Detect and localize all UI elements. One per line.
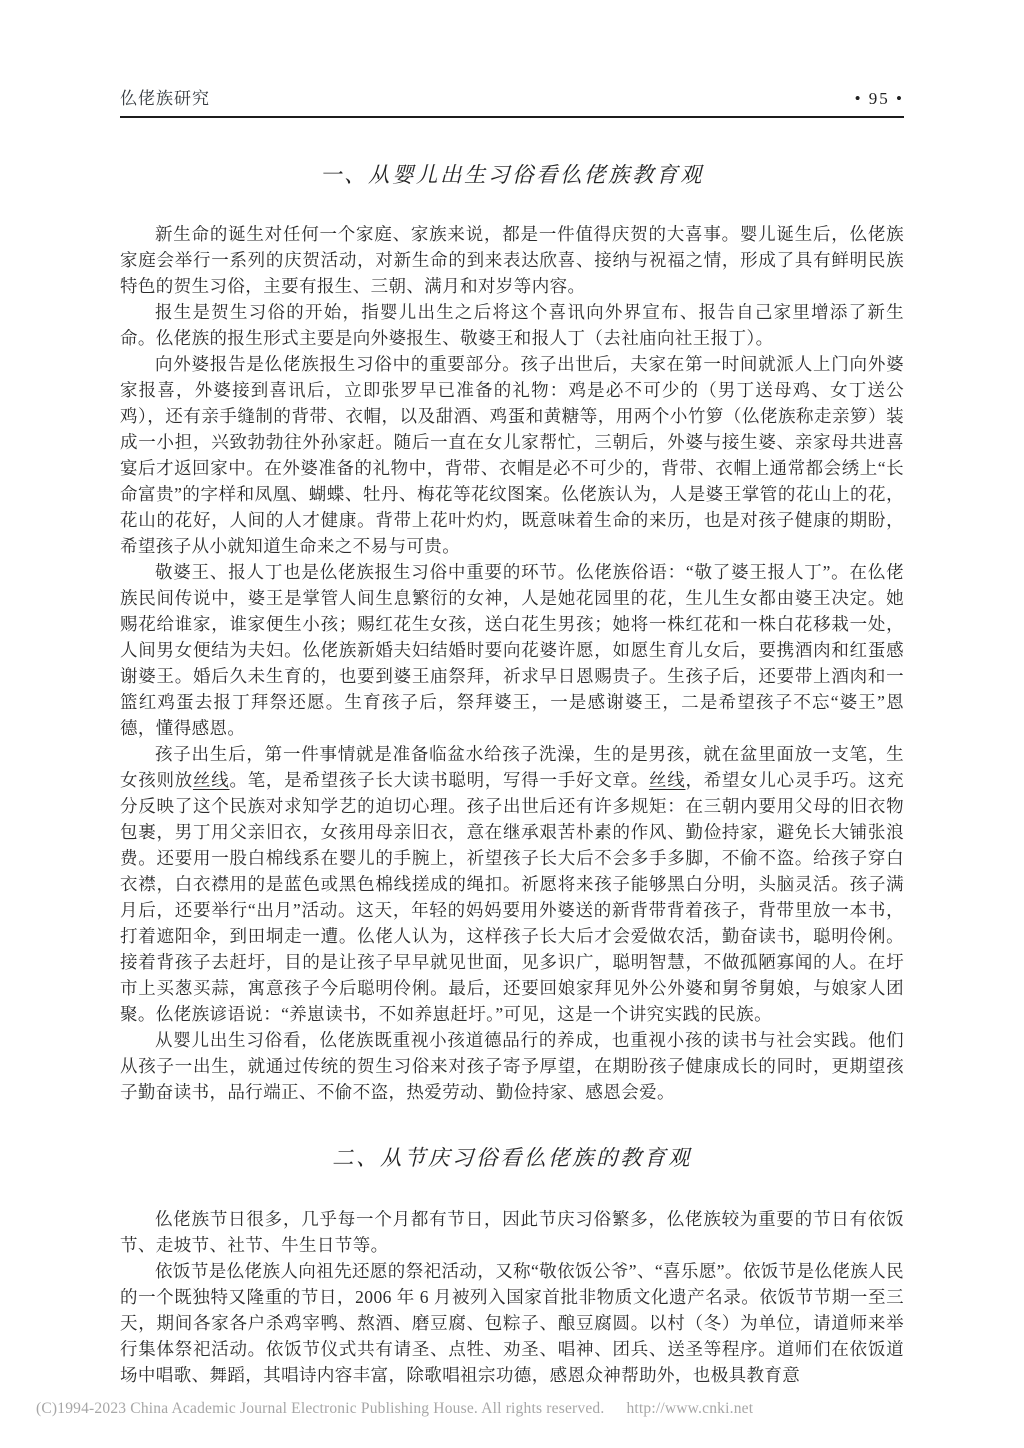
document-page: 仫佬族研究 • 95 • 一、从婴儿出生习俗看仫佬族教育观 新生命的诞生对任何一… (0, 0, 1024, 1448)
body-paragraph: 依饭节是仫佬族人向祖先还愿的祭祀活动，又称“敬依饭公爷”、“喜乐愿”。依饭节是仫… (120, 1258, 904, 1388)
page-content: 仫佬族研究 • 95 • 一、从婴儿出生习俗看仫佬族教育观 新生命的诞生对任何一… (120, 0, 904, 1388)
section-1-body: 新生命的诞生对任何一个家庭、家族来说，都是一件值得庆贺的大喜事。婴儿诞生后，仫佬… (120, 221, 904, 1105)
section-1-heading: 一、从婴儿出生习俗看仫佬族教育观 (120, 158, 904, 189)
body-paragraph: 向外婆报告是仫佬族报生习俗中的重要部分。孩子出世后，夫家在第一时间就派人上门向外… (120, 351, 904, 559)
header-rule (120, 116, 904, 118)
body-paragraph: 报生是贺生习俗的开始，指婴儿出生之后将这个喜讯向外界宣布、报告自己家里增添了新生… (120, 299, 904, 351)
section-2-heading: 二、从节庆习俗看仫佬族的教育观 (120, 1141, 904, 1172)
page-footer: (C)1994-2023 China Academic Journal Elec… (36, 1400, 753, 1418)
section-2-body: 仫佬族节日很多，几乎每一个月都有节日，因此节庆习俗繁多，仫佬族较为重要的节日有依… (120, 1206, 904, 1388)
page-number: • 95 • (855, 89, 904, 109)
body-paragraph: 新生命的诞生对任何一个家庭、家族来说，都是一件值得庆贺的大喜事。婴儿诞生后，仫佬… (120, 221, 904, 299)
footer-url: http://www.cnki.net (626, 1400, 753, 1417)
copyright-text: (C)1994-2023 China Academic Journal Elec… (36, 1400, 604, 1417)
running-header: 仫佬族研究 • 95 • (120, 0, 904, 109)
section-festival-customs: 二、从节庆习俗看仫佬族的教育观 仫佬族节日很多，几乎每一个月都有节日，因此节庆习… (120, 1141, 904, 1388)
body-paragraph: 仫佬族节日很多，几乎每一个月都有节日，因此节庆习俗繁多，仫佬族较为重要的节日有依… (120, 1206, 904, 1258)
journal-title: 仫佬族研究 (120, 84, 210, 109)
body-paragraph: 敬婆王、报人丁也是仫佬族报生习俗中重要的环节。仫佬族俗语：“敬了婆王报人丁”。在… (120, 559, 904, 741)
section-birth-customs: 一、从婴儿出生习俗看仫佬族教育观 新生命的诞生对任何一个家庭、家族来说，都是一件… (120, 158, 904, 1105)
body-paragraph: 孩子出生后，第一件事情就是准备临盆水给孩子洗澡，生的是男孩，就在盆里面放一支笔，… (120, 741, 904, 1027)
body-paragraph: 从婴儿出生习俗看，仫佬族既重视小孩道德品行的养成，也重视小孩的读书与社会实践。他… (120, 1027, 904, 1105)
